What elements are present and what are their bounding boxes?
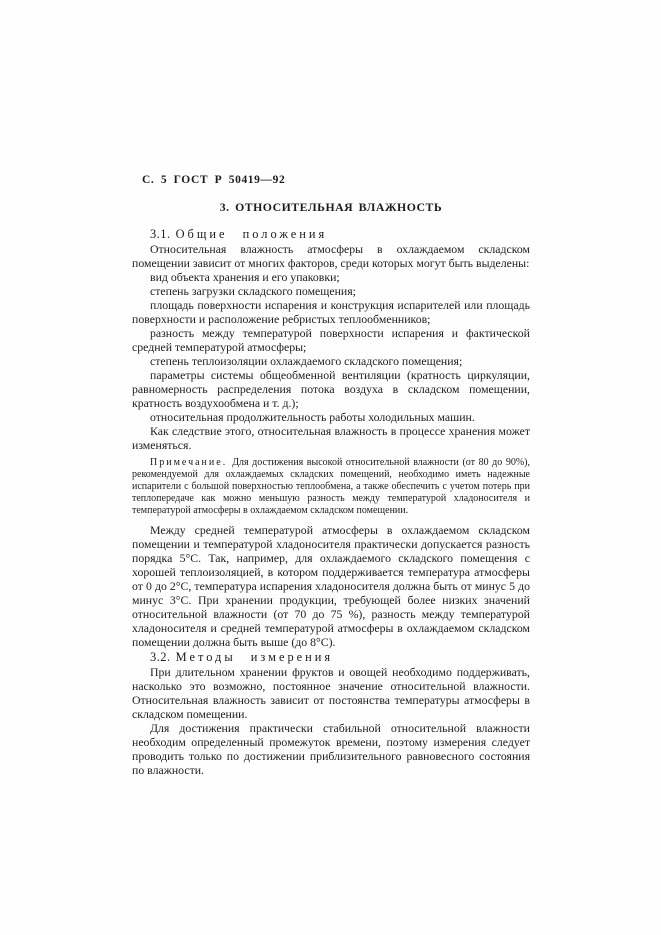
- paragraph-storage: При длительном хранении фруктов и овощей…: [132, 665, 530, 721]
- factor-item: параметры системы общеобменной вентиляци…: [132, 368, 530, 410]
- paragraph-temperature: Между средней температурой атмосферы в о…: [132, 523, 530, 649]
- document-page: С. 5 ГОСТ Р 50419—92 3. ОТНОСИТЕЛЬНАЯ ВЛ…: [0, 0, 661, 935]
- chapter-title: 3. ОТНОСИТЕЛЬНАЯ ВЛАЖНОСТЬ: [132, 200, 530, 215]
- section-3-2-title: Методы измерения: [176, 650, 334, 664]
- paragraph-intro: Относительная влажность атмосферы в охла…: [132, 242, 530, 270]
- note-label: Примечание.: [150, 457, 227, 468]
- factor-item: вид объекта хранения и его упаковки;: [132, 270, 530, 284]
- section-3-2-number: 3.2.: [150, 650, 171, 664]
- running-header: С. 5 ГОСТ Р 50419—92: [142, 174, 530, 186]
- text-block: С. 5 ГОСТ Р 50419—92 3. ОТНОСИТЕЛЬНАЯ ВЛ…: [132, 174, 530, 777]
- section-3-1-heading: 3.1.Общие положения: [132, 227, 530, 242]
- factor-item: разность между температурой поверхности …: [132, 326, 530, 354]
- factor-item: относительная продолжительность работы х…: [132, 410, 530, 424]
- paragraph-consequence: Как следствие этого, относительная влажн…: [132, 424, 530, 452]
- factor-item: степень теплоизоляции охлаждаемого склад…: [132, 354, 530, 368]
- paragraph-equilibrium: Для достижения практически стабильной от…: [132, 721, 530, 777]
- section-3-2-heading: 3.2.Методы измерения: [132, 650, 530, 665]
- factor-item: степень загрузки складского помещения;: [132, 284, 530, 298]
- section-3-1-number: 3.1.: [150, 227, 171, 241]
- factor-item: площадь поверхности испарения и конструк…: [132, 298, 530, 326]
- section-3-1-title: Общие положения: [176, 227, 328, 241]
- note-block: Примечание.Для достижения высокой относи…: [132, 457, 530, 517]
